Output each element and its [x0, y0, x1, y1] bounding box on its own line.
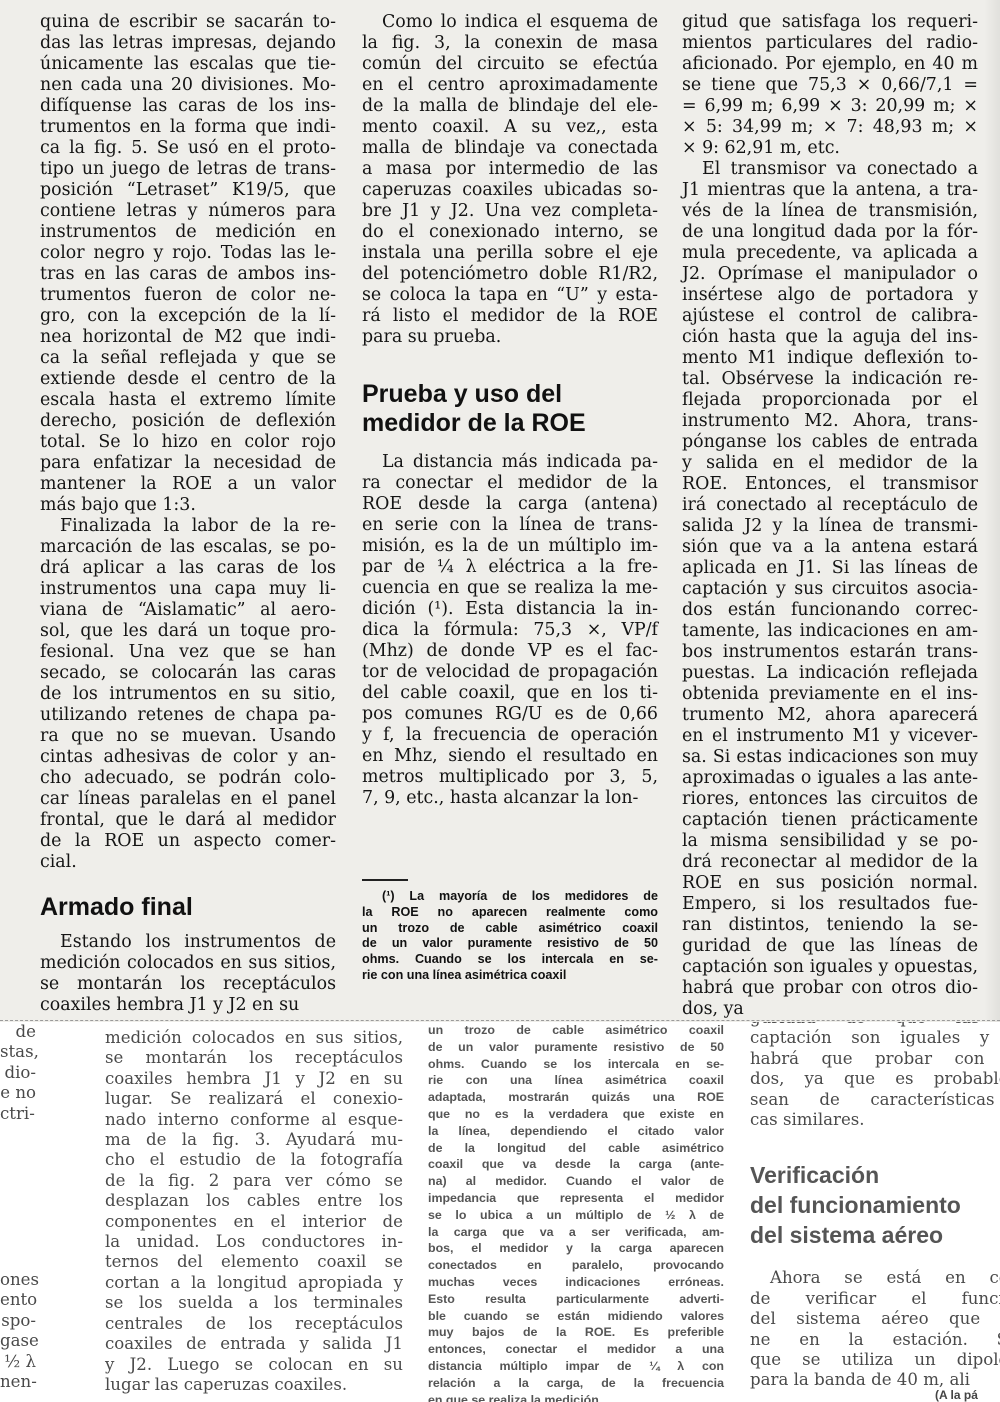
text-line: ble cuando se están midiendo valores [428, 1308, 724, 1325]
text-line: ajústese el control de calibra- [682, 306, 978, 327]
text-line: dica la fórmula: 75,3 ×, VP/f [362, 620, 658, 641]
text-line: coaxiles de entrada y salida J1 [105, 1334, 403, 1354]
text-line: pos comunes RG/U es de 0,66 [362, 704, 658, 725]
text-line: ra conectar el medidor de la [362, 473, 658, 494]
text-line: nen cada una 20 divisiones. Mo- [40, 75, 336, 96]
text-line: captación tienen prácticamente [682, 810, 978, 831]
text-line: Empero, si los resultados fue- [682, 894, 978, 915]
paragraph: quina de escribir se sacarán to-das las … [40, 12, 336, 516]
text-line: conectados en paralelo, provocando [428, 1257, 724, 1274]
text-line: gro, con la excepción de la lí- [40, 306, 336, 327]
heading-line: Prueba y uso del [362, 380, 658, 409]
text-line: Ahora se está en condici [750, 1268, 1000, 1288]
text-line: ternos del elemento coaxil se [105, 1252, 403, 1272]
text-line: flejada proporcionada por el [682, 390, 978, 411]
text-line: ctri- [0, 1104, 36, 1124]
text-line: tor de velocidad de propagación [362, 662, 658, 683]
left-edge-fragments-top: destas,dio-e noctri- [0, 1022, 36, 1124]
text-line: gase [0, 1331, 36, 1351]
text-line: mula precedente, va aplicada a [682, 243, 978, 264]
overlay-footnote: un trozo de cable asimétrico coaxilde un… [428, 1022, 724, 1402]
armado-final-body: Estando los instrumentos demedición colo… [40, 932, 336, 1016]
text-line: × 5: 34,99 m; × 7: 48,93 m; × [682, 117, 978, 138]
text-line: dos, ya [682, 999, 978, 1020]
section-heading-armado-final: Armado final [40, 893, 336, 922]
text-line: a masa por intermedio de las [362, 159, 658, 180]
text-line: J1 mientras que la antena, a tra- [682, 180, 978, 201]
text-line: ½ λ [0, 1352, 36, 1372]
text-line: coaxil que va desde la carga (ante- [428, 1156, 724, 1173]
text-line: de un valor puramente resistivo de 50 [428, 1039, 724, 1056]
text-line: la carga que va a ser verificada, am- [428, 1224, 724, 1241]
text-line: de la longitud del cable asimétrico [428, 1140, 724, 1157]
text-line: ROE desde la carga (antena) [362, 494, 658, 515]
text-line: sol, que les dará un toque pro- [40, 621, 336, 642]
left-edge-fragments-bottom: onesentospo-gase½ λnen- [0, 1270, 36, 1392]
text-line: tamente, las indicaciones en am- [682, 621, 978, 642]
text-line: de los intrumentos en su sitio, [40, 684, 336, 705]
text-line: habrá que probar con otros [750, 1049, 1000, 1069]
text-line: secado, se colocarán las caras [40, 663, 336, 684]
text-line: J2. Oprímase el manipulador o [682, 264, 978, 285]
text-line: aplicada en J1. Si las líneas de [682, 558, 978, 579]
text-line: tras en las caras de ambos ins- [40, 264, 336, 285]
text-line: ROE en sus posición normal. [682, 873, 978, 894]
text-line: Esto resulta particularmente adverti- [428, 1291, 724, 1308]
text-line: irá conectado al receptáculo de [682, 495, 978, 516]
text-line: ne en la estación. Supón [750, 1330, 1000, 1350]
text-line: tipo un juego de letras de trans- [40, 159, 336, 180]
text-line: para enfatizar la necesidad de [40, 453, 336, 474]
text-line: difíquense las caras de los ins- [40, 96, 336, 117]
text-line: captación son iguales y opuestas, [682, 957, 978, 978]
text-line: de un valor puramente resistivo de 50 [362, 936, 658, 952]
text-line: color negro y rojo. Todas las le- [40, 243, 336, 264]
text-line: obtenida previamente en el ins- [682, 684, 978, 705]
column-2-body: Como lo indica el esquema dela fig. 3, l… [362, 12, 658, 348]
prueba-y-uso-body: La distancia más indicada pa-ra conectar… [362, 452, 658, 809]
column-3: gitud que satisfaga los requeri-mientos … [682, 12, 978, 1020]
text-line: × 9: 62,91 m, etc. [682, 138, 978, 159]
text-line: cho adecuado, se podrán colo- [40, 768, 336, 789]
text-line: de verificar el funcionam [750, 1289, 1000, 1309]
text-line: na) al medidor. Cuando el valor de [428, 1173, 724, 1190]
text-line: ca la señal reflejada y que se [40, 348, 336, 369]
text-line: cuencia en que se realiza la me- [362, 578, 658, 599]
text-line: insértese algo de portadora y [682, 285, 978, 306]
footnote-paragraph: (¹) La mayoría de los medidores dela ROE… [362, 889, 658, 984]
heading-line: del sistema aéreo [750, 1220, 1000, 1250]
text-line: bos instrumentos estarán trans- [682, 642, 978, 663]
text-line: ohms. Cuando se los intercala en se- [362, 952, 658, 968]
text-line: stas, [0, 1042, 36, 1062]
text-line: dición (¹). Esta distancia la in- [362, 599, 658, 620]
text-line: lugar las caperuzas coaxiles. [105, 1375, 403, 1395]
text-line: sa. Si estas indicaciones son muy [682, 747, 978, 768]
text-line: extiende desde el centro de la [40, 369, 336, 390]
text-line: se coloca la tapa en “U” y esta- [362, 285, 658, 306]
heading-line: del funcionamiento [750, 1190, 1000, 1220]
text-line: que no es la verdadera que existe en [428, 1106, 724, 1123]
text-line: instala una perilla sobre el eje [362, 243, 658, 264]
text-line: fesional. Una vez que se han [40, 642, 336, 663]
text-line: do el conexionado interno, se [362, 222, 658, 243]
section-heading-verificacion: Verificación del funcionamiento del sist… [750, 1160, 1000, 1250]
text-line: cortan a la longitud apropiada y [105, 1273, 403, 1293]
footnote-rule [362, 879, 408, 881]
paragraph: Como lo indica el esquema dela fig. 3, l… [362, 12, 658, 348]
text-line: entonces, conectar el medidor a una [428, 1341, 724, 1358]
text-line: = 6,99 m; 6,99 × 3: 20,99 m; × [682, 96, 978, 117]
text-line: distancia múltiplo impar de ¼ λ con [428, 1358, 724, 1375]
text-line: lugar. Se realizará el conexio- [105, 1089, 403, 1109]
overlay-column-3: guridad de que las líneacaptación son ig… [750, 1022, 1000, 1391]
text-line: sean de características ele [750, 1090, 1000, 1110]
text-line: misión, es la de un múltiplo im- [362, 536, 658, 557]
text-line: marcación de las escalas, se po- [40, 537, 336, 558]
text-line: instrumento M2. Ahora, trans- [682, 411, 978, 432]
heading-line: medidor de la ROE [362, 409, 658, 438]
text-line: ma de la fig. 3. Ayudará mu- [105, 1130, 403, 1150]
text-line: dos están funcionando correc- [682, 600, 978, 621]
text-line: captación y sus circuitos asocia- [682, 579, 978, 600]
text-line: viana de “Aislamatic” al aero- [40, 600, 336, 621]
heading-line: Verificación [750, 1160, 1000, 1190]
footnote-text: (¹) La mayoría de los medidores dela ROE… [362, 889, 658, 984]
text-line: del cable coaxil, que en los ti- [362, 683, 658, 704]
text-line: mantener la ROE a un valor [40, 474, 336, 495]
text-line: coaxiles hembra J1 y J2 en su [105, 1069, 403, 1089]
text-line: trumentos fueron de color ne- [40, 285, 336, 306]
text-line: escala hasta el extremo límite [40, 390, 336, 411]
text-line: únicamente las escalas que tie- [40, 54, 336, 75]
text-line: la fig. 3, la conexin de masa [362, 33, 658, 54]
text-line: salida J2 y la línea de transmi- [682, 516, 978, 537]
text-line: habrá que probar con otros dio- [682, 978, 978, 999]
text-line: ción hasta que la aguja del ins- [682, 327, 978, 348]
text-line: guridad de que las líneas de [682, 936, 978, 957]
text-line: medición colocados en sus sitios, [105, 1028, 403, 1048]
text-line: metros multiplicado por 3, 5, [362, 767, 658, 788]
text-line: común del circuito se efectúa [362, 54, 658, 75]
text-line: rá listo el medidor de la ROE [362, 306, 658, 327]
text-line: centrales de los receptáculos [105, 1314, 403, 1334]
text-line: Como lo indica el esquema de [362, 12, 658, 33]
footnote: (¹) La mayoría de los medidores dela ROE… [362, 879, 658, 984]
text-line: ones [0, 1270, 36, 1290]
text-line: captación son iguales y opue [750, 1028, 1000, 1048]
text-line: bre J1 y J2. Una vez completa- [362, 201, 658, 222]
paragraph: gitud que satisfaga los requeri-mientos … [682, 12, 978, 159]
text-line: aficionado. Por ejemplo, en 40 m [682, 54, 978, 75]
text-line: par de ¼ λ eléctrica a la fre- [362, 557, 658, 578]
text-line: drá reconectar al medidor de la [682, 852, 978, 873]
text-line: Finalizada la labor de la re- [40, 516, 336, 537]
text-line: componentes en el interior de [105, 1212, 403, 1232]
text-line: trumentos en la forma que indi- [40, 117, 336, 138]
text-line: sión que va a la antena estará [682, 537, 978, 558]
text-line: instrumentos de medición en [40, 222, 336, 243]
text-line: se tiene que 75,3 × 0,66/7,1 = [682, 75, 978, 96]
text-line: trumento M2, ahora aparecerá [682, 705, 978, 726]
text-line: cintas adhesivas de color y an- [40, 747, 336, 768]
text-line: se montarán los receptáculos [40, 974, 336, 995]
text-line: un trozo de cable asimétrico coaxil [428, 1022, 724, 1039]
text-line: mento coaxil. A su vez,, esta [362, 117, 658, 138]
text-line: pónganse los cables de entrada [682, 432, 978, 453]
text-line: tal. Obsérvese la indicación re- [682, 369, 978, 390]
text-line: del potenciómetro doble R1/R2, [362, 264, 658, 285]
text-line: dos, ya que es probable qu [750, 1069, 1000, 1089]
text-line: la ROE no aparecen realmente como [362, 905, 658, 921]
text-line: en Mhz, siendo el resultado en [362, 746, 658, 767]
text-line: un trozo de cable asimétrico coaxil [362, 921, 658, 937]
text-line: instrumentos una capa muy li- [40, 579, 336, 600]
text-line: das las letras impresas, dejando [40, 33, 336, 54]
text-line: nado interno conforme al esque- [105, 1110, 403, 1130]
paragraph: Estando los instrumentos demedición colo… [40, 932, 336, 1016]
text-line: la línea, dependiendo el citado valor [428, 1123, 724, 1140]
text-line: dio- [0, 1063, 36, 1083]
text-line: rie con una línea asimétrica coaxil [362, 968, 658, 984]
text-line: Estando los instrumentos de [40, 932, 336, 953]
column-1-body: quina de escribir se sacarán to-das las … [40, 12, 336, 873]
text-line: de la ROE un aspecto comer- [40, 831, 336, 852]
overlay-scan: destas,dio-e noctri- onesentospo-gase½ λ… [0, 1022, 1000, 1402]
text-line: La distancia más indicada pa- [362, 452, 658, 473]
text-line: se montarán los receptáculos [105, 1048, 403, 1068]
overlay-column-1: medición colocados en sus sitios,se mont… [105, 1028, 403, 1395]
column-2: Como lo indica el esquema dela fig. 3, l… [362, 12, 658, 984]
text-line: total. Se lo hizo en color rojo [40, 432, 336, 453]
text-line: adaptada, mostrarán quizás una ROE [428, 1089, 724, 1106]
text-line: posición “Letraset” K19/5, que [40, 180, 336, 201]
text-line: ra que no se muevan. Usando [40, 726, 336, 747]
text-line: y J2. Luego se colocan en su [105, 1355, 403, 1375]
text-line: ohms. Cuando se los intercala en se- [428, 1056, 724, 1073]
text-line: (¹) La mayoría de los medidores de [362, 889, 658, 905]
text-line: (Mhz) de donde VP es el fac- [362, 641, 658, 662]
text-line: se los suelda a los terminales [105, 1293, 403, 1313]
text-line: ran distintos, teniendo la se- [682, 915, 978, 936]
text-line: cial. [40, 852, 336, 873]
primary-scan: quina de escribir se sacarán to-das las … [0, 0, 1000, 1022]
text-line: rie con una línea asimétrica coaxil [428, 1072, 724, 1089]
text-line: y f, la frecuencia de operación [362, 725, 658, 746]
text-line: cas similares. [750, 1110, 1000, 1130]
text-line: muy bajos de la ROE. Es preferible [428, 1324, 724, 1341]
page-edge-shadow [984, 0, 1000, 1022]
column-3-body: gitud que satisfaga los requeri-mientos … [682, 12, 978, 1020]
text-line: en que se realiza la medición. [428, 1392, 724, 1402]
text-line: frontal, que le dará al medidor [40, 810, 336, 831]
text-line: se lo ubica a un múltiplo de ½ λ de [428, 1207, 724, 1224]
text-line: aproximadas o iguales a las ante- [682, 768, 978, 789]
text-line: e no [0, 1083, 36, 1103]
text-line: mento M1 indique deflexión to- [682, 348, 978, 369]
text-line: ROE. Entonces, el transmisor [682, 474, 978, 495]
paragraph: Finalizada la labor de la re-marcación d… [40, 516, 336, 873]
column-1: quina de escribir se sacarán to-das las … [40, 12, 336, 1016]
text-line: vés de la línea de transmisión, [682, 201, 978, 222]
text-line: coaxiles hembra J1 y J2 en su [40, 995, 336, 1016]
text-line: medición colocados en sus sitios, [40, 953, 336, 974]
text-line: ca la fig. 5. Se usó en el proto- [40, 138, 336, 159]
text-line: desplazan los cables entre los [105, 1191, 403, 1211]
text-line: en el instrumento M1 y vicever- [682, 726, 978, 747]
text-line: cho el estudio de la fotografía [105, 1150, 403, 1170]
text-line: contiene letras y números para [40, 201, 336, 222]
text-line: riores, entonces las circuitos de [682, 789, 978, 810]
text-line: nen- [0, 1372, 36, 1392]
text-line: de la malla de blindaje del ele- [362, 96, 658, 117]
text-line: de [0, 1022, 36, 1042]
text-line: y salida en el medidor de la [682, 453, 978, 474]
text-line: caperuzas coaxiles ubicadas so- [362, 180, 658, 201]
text-line: quina de escribir se sacarán to- [40, 12, 336, 33]
text-line: para su prueba. [362, 327, 658, 348]
text-line: de la fig. 2 para ver cómo se [105, 1171, 403, 1191]
text-line: bos, el medidor y la carga aparecen [428, 1240, 724, 1257]
continued-on-page-note: (A la pá [935, 1388, 978, 1402]
text-line: malla de blindaje va conectada [362, 138, 658, 159]
text-line: de una longitud dada por la fór- [682, 222, 978, 243]
text-line: mientos particulares del radio- [682, 33, 978, 54]
text-line: más bajo que 1:3. [40, 495, 336, 516]
text-line: del sistema aéreo que se d [750, 1309, 1000, 1329]
text-line: derecho, posición de deflexión [40, 411, 336, 432]
text-line: drá aplicar a las caras de los [40, 558, 336, 579]
text-line: en el centro aproximadamente [362, 75, 658, 96]
text-line: ento [0, 1290, 36, 1310]
text-line: muchas veces indicaciones erróneas. [428, 1274, 724, 1291]
text-line: car líneas paralelas en el panel [40, 789, 336, 810]
text-line: gitud que satisfaga los requeri- [682, 12, 978, 33]
text-line: utilizando retenes de chapa pa- [40, 705, 336, 726]
text-line: en serie con la línea de trans- [362, 515, 658, 536]
text-line: spo- [0, 1311, 36, 1331]
text-line: relación a la carga, de la frecuencia [428, 1375, 724, 1392]
text-line: que se utiliza un dipolo de [750, 1350, 1000, 1370]
text-line: la misma sensibilidad y se po- [682, 831, 978, 852]
text-line: nea horizontal de M2 que indi- [40, 327, 336, 348]
paragraph: El transmisor va conectado aJ1 mientras … [682, 159, 978, 1020]
section-heading-prueba-y-uso: Prueba y uso del medidor de la ROE [362, 380, 658, 438]
text-line: impedancia que representa el medidor [428, 1190, 724, 1207]
text-line: la unidad. Los conductores in- [105, 1232, 403, 1252]
paragraph: La distancia más indicada pa-ra conectar… [362, 452, 658, 809]
text-line: puestas. La indicación reflejada [682, 663, 978, 684]
text-line: El transmisor va conectado a [682, 159, 978, 180]
text-line: 7, 9, etc., hasta alcanzar la lon- [362, 788, 658, 809]
